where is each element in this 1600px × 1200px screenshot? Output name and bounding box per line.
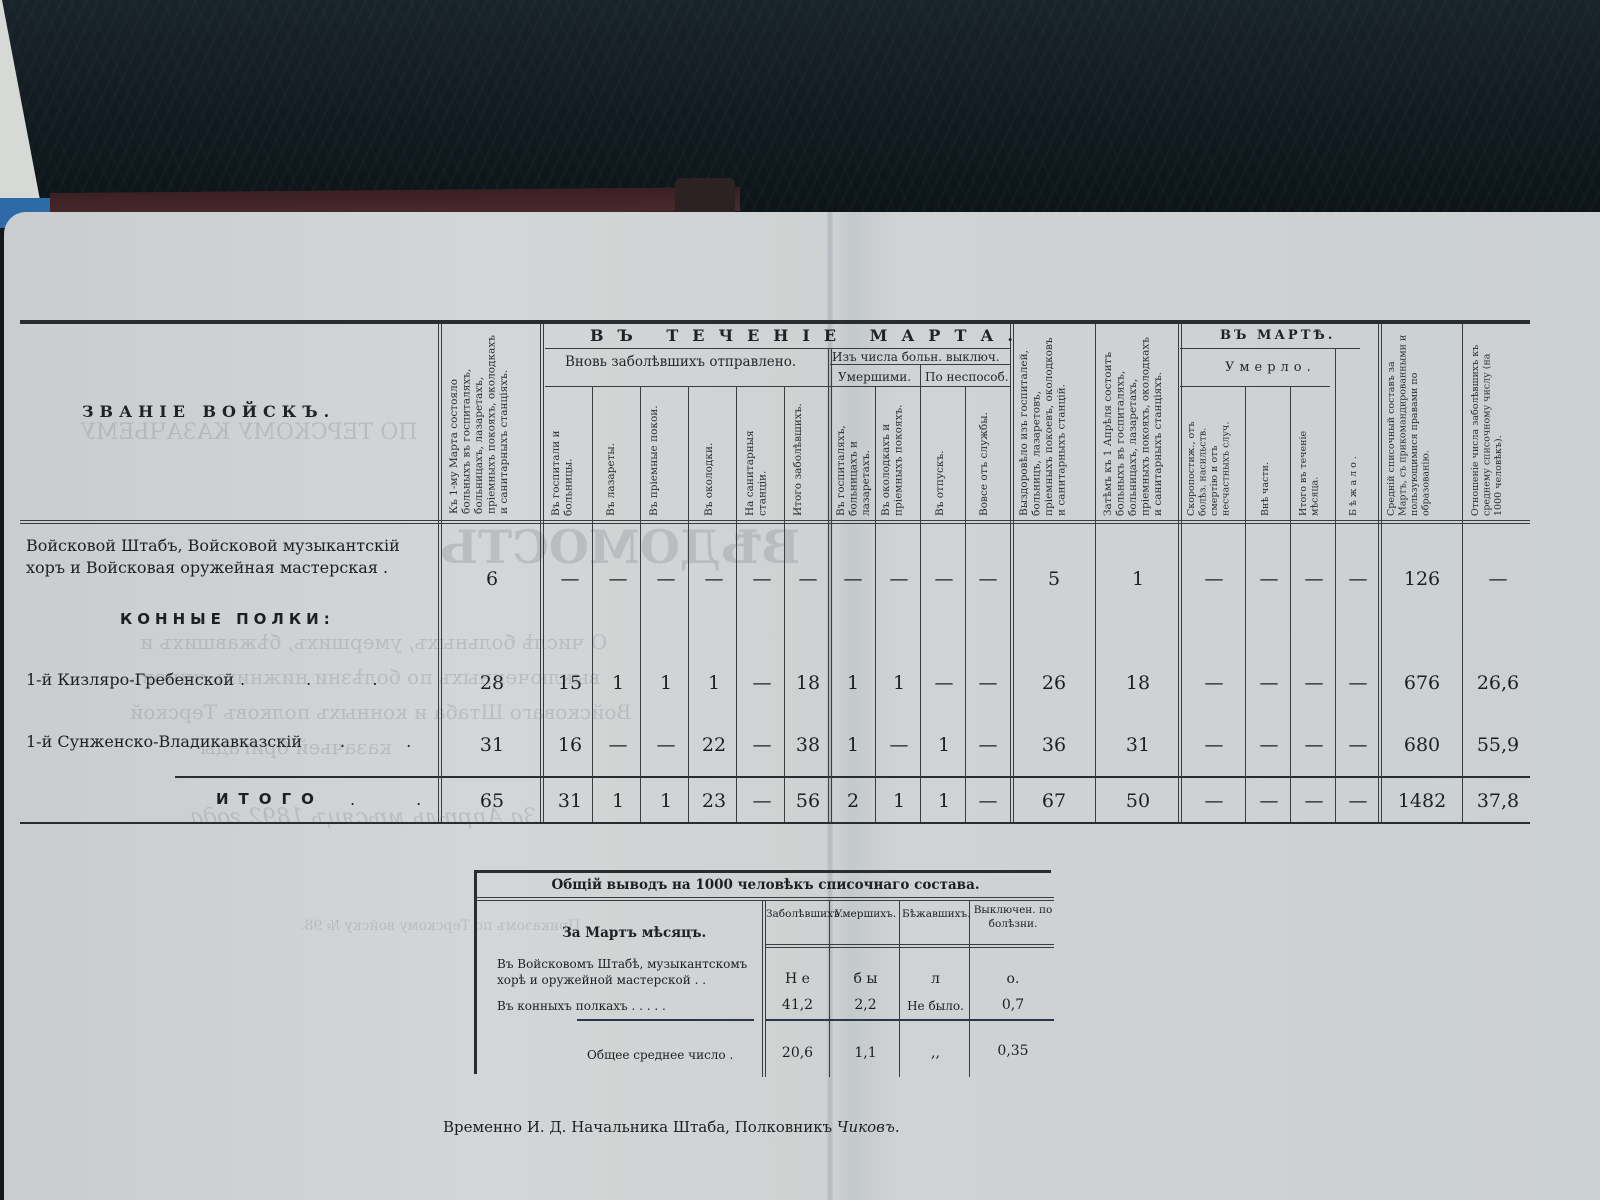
subheader-rule — [545, 348, 1010, 349]
table-cell: — — [958, 734, 1018, 756]
table-cell: — — [1184, 734, 1244, 756]
summary-divider — [969, 900, 970, 1077]
summary-per-1000-table: Общій выводъ на 1000 человѣкъ списочнаго… — [474, 870, 1051, 1074]
header-unfit-group: По неспособ. — [925, 370, 1009, 384]
table-cell: 65 — [462, 790, 522, 812]
signature-line: Временно И. Д. Начальника Штаба, Полковн… — [443, 1118, 900, 1136]
table-cell: 50 — [1108, 790, 1168, 812]
table-cell: 5 — [1024, 568, 1084, 590]
header-okolodki: Въ околодки. — [703, 392, 728, 516]
total-rule — [175, 776, 1530, 778]
summary-val: о. — [972, 971, 1054, 987]
table-cell: — — [1184, 790, 1244, 812]
table-cell: — — [958, 568, 1018, 590]
table-cell: 67 — [1024, 790, 1084, 812]
row-label-total: ИТОГО — [216, 790, 324, 808]
header-dead-hospitals: Въ госпиталяхъ, больницахъ и лазаретахъ. — [835, 392, 873, 516]
header-lazarets: Въ лазареты. — [605, 392, 630, 516]
header-total-sick: Итого заболѣвшихъ. — [792, 392, 824, 516]
summary-val: Не было. — [902, 999, 969, 1013]
summary-row-cavalry: Въ конныхъ полкахъ . . . . . — [497, 999, 666, 1013]
header-outside: Внѣ части. — [1260, 392, 1280, 516]
table-cell: 1482 — [1392, 790, 1452, 812]
signature-name: Чиковъ. — [837, 1118, 900, 1136]
table-cell: — — [1328, 734, 1388, 756]
header-recovered: Выздоровѣло изъ госпиталей, больницъ, ла… — [1018, 332, 1090, 516]
summary-val: 2,2 — [832, 997, 899, 1013]
table-cell: 18 — [1108, 672, 1168, 694]
row-label-kizlyar: 1-й Кизляро-Гребенской — [26, 670, 234, 690]
header-dead-okolodki: Въ околодкахъ и пріемныхъ покояхъ. — [880, 392, 918, 516]
summary-val: 41,2 — [766, 997, 829, 1013]
row-label-sunzha: 1-й Сунженско-Владикавказскій — [26, 732, 302, 752]
summary-row-hq-cont: хорѣ и оружейной мастерской . . — [497, 973, 706, 987]
table-cell: — — [1184, 568, 1244, 590]
table-cell: 680 — [1392, 734, 1452, 756]
summary-title: Общій выводъ на 1000 человѣкъ списочнаго… — [477, 877, 1054, 893]
row-leader-dots: . . — [340, 732, 439, 752]
header-ratio: Отношеніе числа заболѣвшихъ къ среднему … — [1470, 332, 1528, 516]
table-cell: 26,6 — [1468, 672, 1528, 694]
header-leave: Въ отпускъ. — [934, 392, 959, 516]
header-discharged: Вовсе отъ службы. — [978, 392, 1003, 516]
column-divider — [875, 386, 876, 822]
table-cell: — — [958, 790, 1018, 812]
summary-total-rule — [766, 1019, 1054, 1021]
summary-divider — [829, 900, 830, 1077]
row-leader-dots: . . — [350, 790, 449, 810]
summary-header-dead: Умершихъ. — [832, 907, 899, 921]
column-divider — [1290, 386, 1291, 822]
row-label-hq-cont: хоръ и Войсковая оружейная мастерская . — [26, 558, 388, 578]
table-cell: — — [958, 672, 1018, 694]
table-cell: 31 — [462, 734, 522, 756]
column-divider — [1178, 324, 1182, 822]
subheader-rule — [1180, 348, 1360, 349]
row-leader-dots: . . . — [240, 670, 405, 690]
column-divider — [688, 386, 689, 822]
table-cell: 26 — [1024, 672, 1084, 694]
summary-val: Н е — [766, 971, 829, 987]
table-cell: — — [1328, 790, 1388, 812]
table-cell: — — [1328, 672, 1388, 694]
summary-divider — [899, 900, 900, 1077]
summary-header-discharged: Выключен. по болѣзни. — [972, 903, 1054, 931]
summary-val: б ы — [832, 971, 899, 987]
summary-val: 1,1 — [832, 1045, 899, 1061]
summary-total-rule — [577, 1019, 754, 1021]
table-cell: — — [1468, 568, 1528, 590]
header-reception: Въ пріемные покои. — [648, 392, 684, 516]
header-excluded: Изъ числа больн. выключ. — [832, 350, 1000, 364]
header-month-total: Итого въ теченіе мѣсяца. — [1298, 392, 1330, 516]
table-cell: — — [1328, 568, 1388, 590]
column-divider — [592, 386, 593, 822]
summary-val: л — [902, 971, 969, 987]
summary-header-rule — [766, 947, 1054, 948]
summary-val: 0,35 — [972, 1043, 1054, 1059]
summary-row-hq: Въ Войсковомъ Штабѣ, музыкантскомъ — [497, 957, 747, 971]
troops-column-title: ЗВАНІЕ ВОЙСКЪ. — [82, 402, 335, 421]
header-bottom-rule — [20, 523, 1530, 524]
table-bottom-rule — [20, 822, 1530, 824]
subheader-rule — [1180, 386, 1330, 387]
header-start-of-march: Къ 1-му Марта состояло больныхъ въ госпи… — [448, 334, 534, 514]
header-hospitals: Въ госпитали и больницы. — [550, 392, 588, 516]
subheader-rule — [545, 386, 845, 387]
signature-text: Временно И. Д. Начальника Штаба, Полковн… — [443, 1118, 832, 1136]
header-bottom-rule — [20, 520, 1530, 521]
header-in-march: ВЪ МАРТѢ. — [1220, 328, 1335, 343]
summary-val: 0,7 — [972, 997, 1054, 1013]
column-divider — [640, 386, 641, 822]
column-divider — [736, 386, 737, 822]
table-cell: 6 — [462, 568, 522, 590]
header-april: Затѣмъ къ 1 Апрѣля состоитъ больныхъ въ … — [1102, 332, 1174, 516]
column-divider — [1245, 386, 1246, 822]
header-newly-sick-sent: Вновь заболѣвшихъ отправлено. — [565, 354, 796, 370]
book-clasp — [675, 178, 735, 216]
table-cell: 37,8 — [1468, 790, 1528, 812]
table-cell: 36 — [1024, 734, 1084, 756]
table-cell: 676 — [1392, 672, 1452, 694]
column-divider — [965, 386, 966, 822]
summary-period: За Мартъ мѣсяцъ. — [562, 925, 706, 941]
summary-header-rule — [766, 944, 1054, 945]
header-avg-strength: Средній списочный составъ за Мартъ, съ п… — [1386, 332, 1458, 516]
header-dead-group: Умершими. — [838, 370, 911, 384]
table-cell: 1 — [1108, 568, 1168, 590]
column-divider — [784, 386, 785, 822]
header-died-group: Умерло. — [1225, 360, 1316, 375]
summary-row-average: Общее среднее число . — [587, 1048, 733, 1062]
column-divider — [1462, 324, 1463, 822]
table-cell: 126 — [1392, 568, 1452, 590]
summary-val: 20,6 — [766, 1045, 829, 1061]
row-label-hq: Войсковой Штабъ, Войсковой музыкантскій — [26, 536, 400, 556]
summary-val: ,, — [902, 1045, 969, 1061]
header-sudden-death: Скоропостиж., отъ болѣз. насильств. смер… — [1186, 392, 1242, 516]
header-sanitary: На санитарныя станціи. — [744, 392, 780, 516]
table-cell: 28 — [462, 672, 522, 694]
summary-header-deserted: Бѣжавшихъ. — [902, 907, 969, 921]
section-cavalry-regiments: КОННЫЕ ПОЛКИ: — [120, 610, 335, 628]
header-deserted: Бѣжало. — [1348, 392, 1368, 516]
desk-leather-background — [0, 0, 1600, 215]
summary-title-rule — [477, 897, 1054, 898]
sickness-report-table: ЗВАНІЕ ВОЙСКЪ. Къ 1-му Марта состояло бо… — [20, 320, 1530, 822]
table-cell: — — [1184, 672, 1244, 694]
table-cell: 31 — [1108, 734, 1168, 756]
summary-header-sick: Заболѣвшихъ. — [766, 907, 829, 921]
header-during-march: ВЪ ТЕЧЕНІЕ МАРТА. — [590, 326, 1027, 345]
column-divider — [1095, 324, 1096, 822]
table-cell: 55,9 — [1468, 734, 1528, 756]
